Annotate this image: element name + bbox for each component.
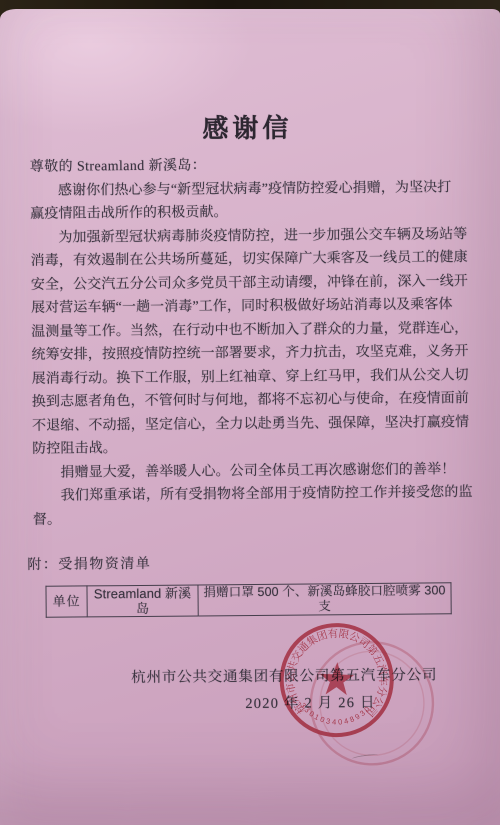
- seal-number-text: 3301034048930: [298, 701, 374, 728]
- photographed-document: 感谢信 尊敬的 Streamland 新溪岛： 感谢你们热心参与“新型冠状病毒”…: [0, 0, 500, 825]
- attachment-label: 附：受捐物资清单: [27, 550, 473, 577]
- table-cell-donor-name: Streamland 新溪岛: [87, 584, 198, 616]
- company-seal-stamp: 杭州市公共交通集团有限公司第五汽车分公司 3301034048930: [269, 608, 455, 794]
- table-cell-unit-label: 单位: [46, 585, 87, 616]
- paragraph-epidemic-efforts: 为加强新型冠状病毒肺炎疫情防控，进一步加强公交车辆及场站等 消毒，有效遏制在公共…: [30, 223, 472, 462]
- letter-paper: 感谢信 尊敬的 Streamland 新溪岛： 感谢你们热心参与“新型冠状病毒”…: [0, 9, 500, 825]
- paragraph-thanks: 感谢你们热心参与“新型冠状病毒”疫情防控爱心捐赠，为坚决打 赢疫情阻击战所作的积…: [30, 176, 470, 227]
- paragraph-promise: 我们郑重承诺，所有受捐物将全部用于疫情防控工作并接受您的监督。: [33, 481, 473, 532]
- letter-title: 感谢信: [0, 110, 498, 148]
